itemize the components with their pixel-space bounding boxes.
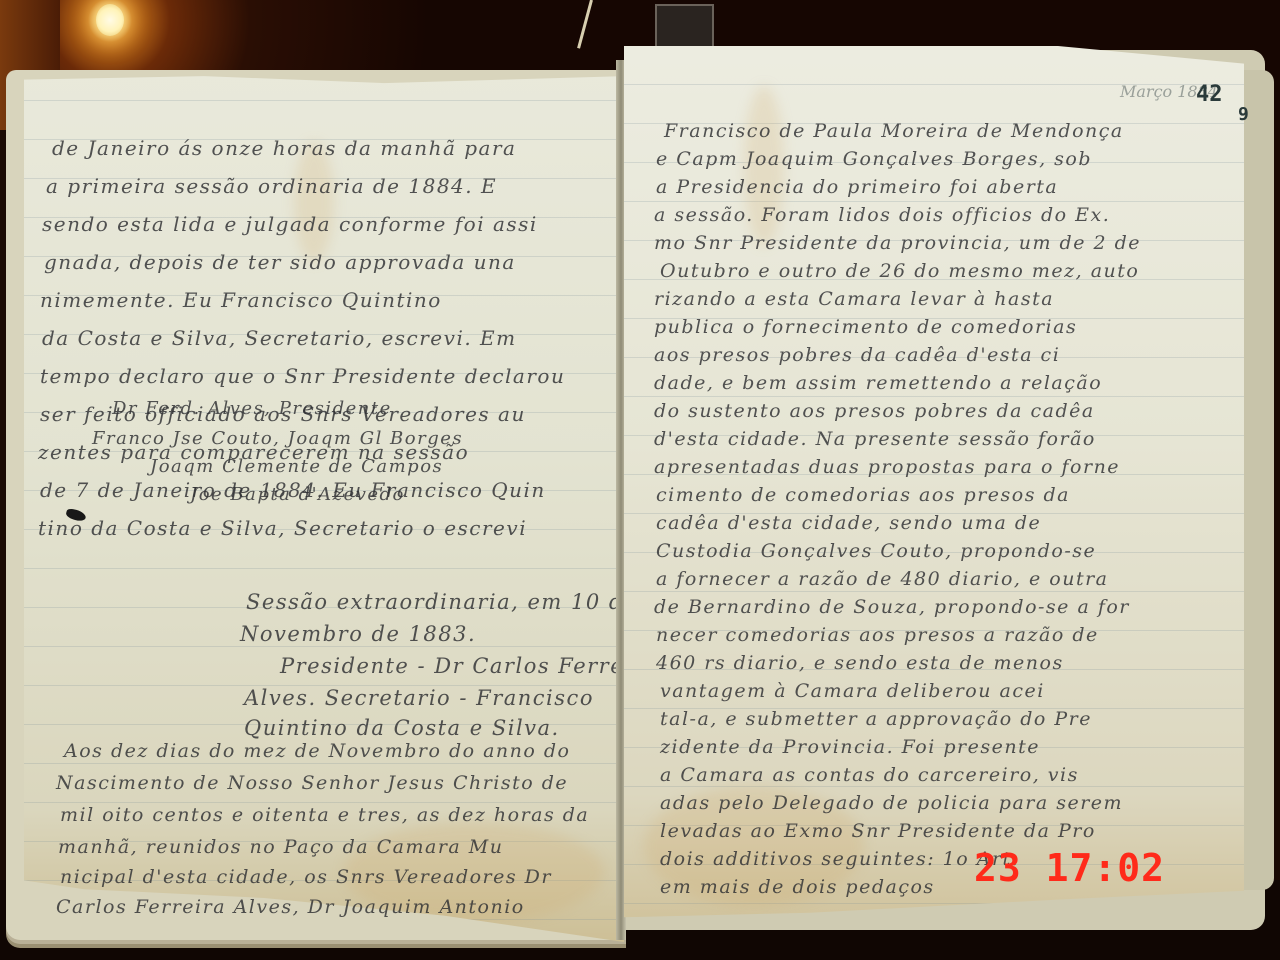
handwritten-line: e Capm Joaquim Gonçalves Borges, sob <box>656 148 1092 170</box>
handwritten-line: mil oito centos e oitenta e tres, as dez… <box>60 804 589 826</box>
handwritten-line: necer comedorias aos presos a razão de <box>656 624 1099 646</box>
handwritten-line: Custodia Gonçalves Couto, propondo-se <box>656 540 1096 562</box>
handwritten-line: sendo esta lida e julgada conforme foi a… <box>42 212 538 236</box>
session-heading: Quintino da Costa e Silva. <box>244 716 560 740</box>
folio-number: 42 <box>1196 82 1223 107</box>
handwritten-line: cimento de comedorias aos presos da <box>656 484 1070 506</box>
handwritten-line: do sustento aos presos pobres da cadêa <box>654 400 1095 422</box>
handwritten-line: Carlos Ferreira Alves, Dr Joaquim Antoni… <box>56 896 525 918</box>
handwritten-line: cadêa d'esta cidade, sendo uma de <box>656 512 1041 534</box>
underlying-folio-number: 9 <box>1238 104 1249 125</box>
handwritten-line: nicipal d'esta cidade, os Snrs Vereadore… <box>60 866 552 888</box>
handwritten-line: em mais de dois pedaços <box>660 876 935 898</box>
handwritten-line: a primeira sessão ordinaria de 1884. E <box>46 174 497 198</box>
signature-line: Joaqm Clemente de Campos <box>150 456 443 477</box>
handwritten-line: d'esta cidade. Na presente sessão forão <box>654 428 1096 450</box>
handwritten-line: tempo declaro que o Snr Presidente decla… <box>40 364 565 388</box>
signature-president: Dr Ferd. Alves, Presidente <box>112 398 392 419</box>
handwritten-line: nimemente. Eu Francisco Quintino <box>40 288 442 312</box>
handwritten-line: apresentadas duas propostas para o forne <box>654 456 1120 478</box>
handwritten-line: Outubro e outro de 26 do mesmo mez, auto <box>660 260 1139 282</box>
handwritten-line: zidente da Provincia. Foi presente <box>660 736 1040 758</box>
handwritten-line: de Janeiro ás onze horas da manhã para <box>52 136 516 160</box>
paper-stain <box>294 142 334 262</box>
handwritten-line: rizando a esta Camara levar à hasta <box>654 288 1054 310</box>
handwritten-line: vantagem à Camara deliberou acei <box>660 680 1045 702</box>
handwritten-line: dois additivos seguintes: 1o Art. <box>660 848 1019 870</box>
handwritten-line: adas pelo Delegado de policia para serem <box>660 792 1123 814</box>
handwritten-line: Nascimento de Nosso Senhor Jesus Christo… <box>56 772 568 794</box>
handwritten-line: publica o fornecimento de comedorias <box>654 316 1077 338</box>
handwritten-line: mo Snr Presidente da provincia, um de 2 … <box>654 232 1141 254</box>
session-heading: Novembro de 1883. <box>240 622 476 646</box>
session-heading: Sessão extraordinaria, em 10 de <box>246 590 638 614</box>
handwritten-line: tino da Costa e Silva, Secretario o escr… <box>38 516 527 540</box>
handwritten-line: Francisco de Paula Moreira de Mendonça <box>664 120 1124 142</box>
handwritten-line: gnada, depois de ter sido approvada una <box>44 250 516 274</box>
handwritten-line: levadas ao Exmo Snr Presidente da Pro <box>660 820 1096 842</box>
signature-line: Franco Jse Couto, Joaqm Gl Borges <box>92 428 463 449</box>
camera-timestamp-overlay: 23 17:02 <box>974 846 1165 890</box>
handwritten-line: a Presidencia do primeiro foi aberta <box>656 176 1058 198</box>
handwritten-line: Aos dez dias do mez de Novembro do anno … <box>64 740 570 762</box>
session-heading: Presidente - Dr Carlos Ferreira <box>280 654 658 678</box>
handwritten-line: dade, e bem assim remettendo a relação <box>654 372 1102 394</box>
background-object <box>655 4 714 52</box>
handwritten-line: da Costa e Silva, Secretario, escrevi. E… <box>42 326 517 350</box>
handwritten-line: de Bernardino de Souza, propondo-se a fo… <box>654 596 1130 618</box>
handwritten-line: aos presos pobres da cadêa d'esta ci <box>654 344 1060 366</box>
handwritten-line: a Camara as contas do carcereiro, vis <box>660 764 1079 786</box>
handwritten-line: 460 rs diario, e sendo esta de menos <box>656 652 1064 674</box>
handwritten-line: tal-a, e submetter a approvação do Pre <box>660 708 1092 730</box>
handwritten-line: a sessão. Foram lidos dois officios do E… <box>654 204 1110 226</box>
lamp-light <box>96 4 124 36</box>
session-heading: Alves. Secretario - Francisco <box>244 686 594 710</box>
signature-line: Joe Bapta d'Azevedo <box>190 484 405 505</box>
handwritten-line: a fornecer a razão de 480 diario, e outr… <box>656 568 1109 590</box>
handwritten-line: manhã, reunidos no Paço da Camara Mu <box>58 836 503 858</box>
